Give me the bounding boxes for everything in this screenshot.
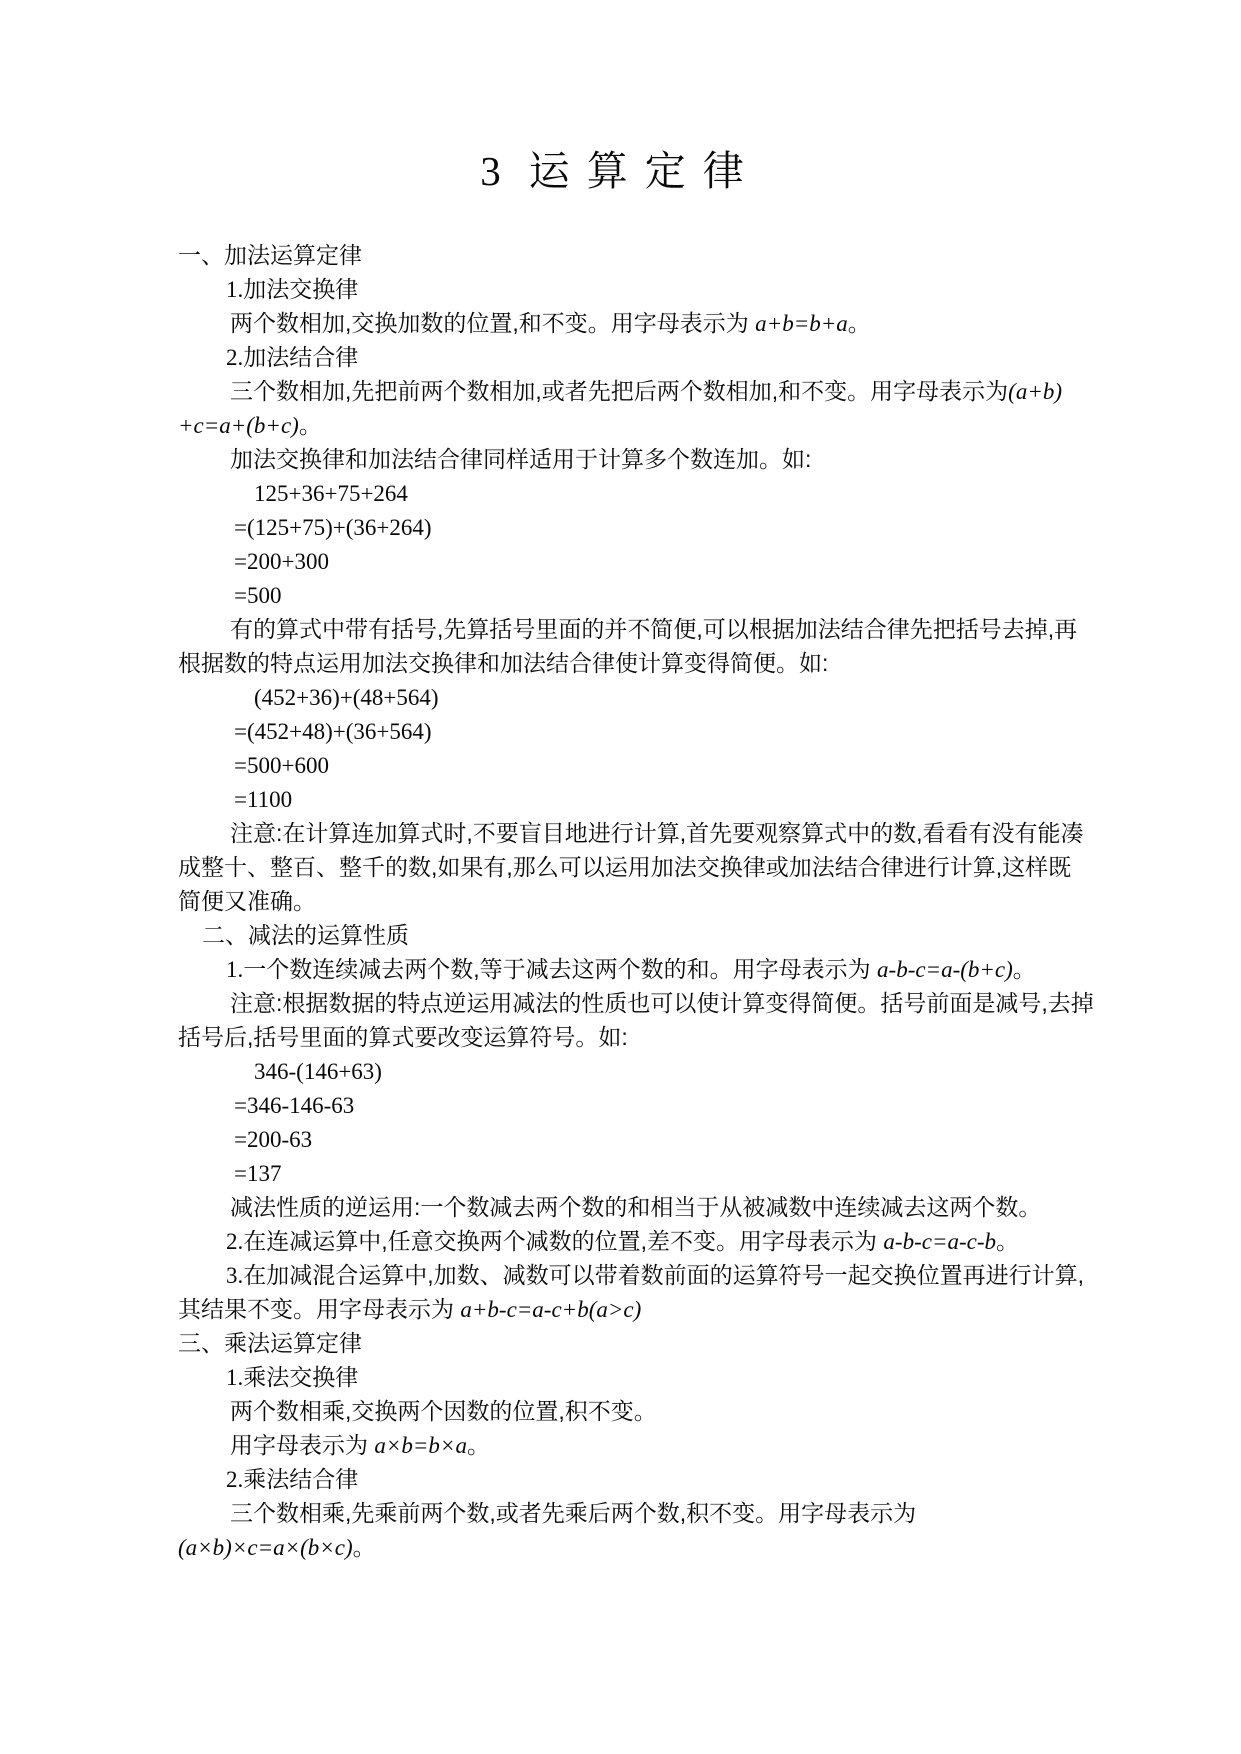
text-line: 125+36+75+264 (178, 476, 1108, 510)
math-segment: 2. (226, 1467, 243, 1492)
text-line: 二、减法的运算性质 (178, 918, 1108, 952)
text-segment: 减法性质的逆运用:一个数减去两个数的和相当于从被减数中连续减去这两个数。 (230, 1194, 1041, 1220)
text-segment: 乘法结合律 (243, 1466, 358, 1492)
text-line: =1100 (178, 782, 1108, 816)
text-line: (a×b)×c=a×(b×c)。 (178, 1530, 1108, 1564)
text-segment: 乘法交换律 (243, 1364, 358, 1390)
math-segment: (a×b)×c=a×(b×c) (178, 1535, 353, 1560)
text-segment: 注意:在计算连加算式时,不要盲目地进行计算,首先要观察算式中的数,看看有没有能凑 (230, 820, 1084, 846)
text-segment: 用字母表示为 (230, 1432, 374, 1458)
text-line: 其结果不变。用字母表示为 a+b-c=a-c+b(a>c) (178, 1292, 1108, 1326)
text-line: 两个数相加,交换加数的位置,和不变。用字母表示为 a+b=b+a。 (178, 306, 1108, 340)
text-line: 一、加法运算定律 (178, 238, 1108, 272)
math-segment: a-b-c=a-c-b (883, 1229, 996, 1254)
text-segment: 三、乘法运算定律 (178, 1330, 362, 1356)
math-segment: 346-(146+63) (254, 1059, 382, 1084)
text-segment: 一、加法运算定律 (178, 242, 362, 268)
text-line: 三、乘法运算定律 (178, 1326, 1108, 1360)
math-segment: a×b=b×a (374, 1433, 467, 1458)
title-text: 运算定律 (529, 148, 761, 194)
math-segment: 1. (226, 1365, 243, 1390)
text-segment: 其结果不变。用字母表示为 (178, 1296, 460, 1322)
text-line: 根据数的特点运用加法交换律和加法结合律使计算变得简便。如: (178, 646, 1108, 680)
text-segment: 加法交换律和加法结合律同样适用于计算多个数连加。如: (230, 446, 811, 472)
text-segment: 有的算式中带有括号,先算括号里面的并不简便,可以根据加法结合律先把括号去掉,再 (230, 616, 1077, 642)
text-segment: 括号后,括号里面的算式要改变运算符号。如: (178, 1024, 628, 1050)
text-segment: 三个数相加,先把前两个数相加,或者先把后两个数相加,和不变。用字母表示为 (230, 378, 1008, 404)
text-line: =(452+48)+(36+564) (178, 714, 1108, 748)
text-segment: 。 (996, 1228, 1019, 1254)
text-segment: 两个数相乘,交换两个因数的位置,积不变。 (230, 1398, 657, 1424)
text-line: 有的算式中带有括号,先算括号里面的并不简便,可以根据加法结合律先把括号去掉,再 (178, 612, 1108, 646)
text-line: (452+36)+(48+564) (178, 680, 1108, 714)
math-segment: =200-63 (234, 1127, 312, 1152)
math-segment: =137 (234, 1161, 281, 1186)
text-segment: 注意:根据数据的特点逆运用减法的性质也可以使计算变得简便。括号前面是减号,去掉 (230, 990, 1094, 1016)
title-number: 3 (480, 148, 501, 194)
text-line: =(125+75)+(36+264) (178, 510, 1108, 544)
text-line: 加法交换律和加法结合律同样适用于计算多个数连加。如: (178, 442, 1108, 476)
text-line: =137 (178, 1156, 1108, 1190)
text-line: =200-63 (178, 1122, 1108, 1156)
text-segment: 在加减混合运算中,加数、减数可以带着数前面的运算符号一起交换位置再进行计算, (243, 1262, 1084, 1288)
text-line: 简便又准确。 (178, 884, 1108, 918)
page-title: 3运算定律 (0, 138, 1241, 197)
text-line: 2.在连减运算中,任意交换两个减数的位置,差不变。用字母表示为 a-b-c=a-… (178, 1224, 1108, 1258)
text-line: =346-146-63 (178, 1088, 1108, 1122)
math-segment: =200+300 (234, 549, 329, 574)
text-segment: 成整十、整百、整千的数,如果有,那么可以运用加法交换律或加法结合律进行计算,这样… (178, 854, 1071, 880)
math-segment: a+b-c=a-c+b(a>c) (460, 1297, 641, 1322)
text-segment: 加法交换律 (243, 276, 358, 302)
text-segment: 两个数相加,交换加数的位置,和不变。用字母表示为 (230, 310, 755, 336)
text-line: 减法性质的逆运用:一个数减去两个数的和相当于从被减数中连续减去这两个数。 (178, 1190, 1108, 1224)
math-segment: 125+36+75+264 (254, 481, 408, 506)
text-line: 两个数相乘,交换两个因数的位置,积不变。 (178, 1394, 1108, 1428)
text-line: +c=a+(b+c)。 (178, 408, 1108, 442)
math-segment: =346-146-63 (234, 1093, 354, 1118)
text-line: 括号后,括号里面的算式要改变运算符号。如: (178, 1020, 1108, 1054)
math-segment: 2. (226, 1229, 243, 1254)
text-segment: 二、减法的运算性质 (202, 922, 409, 948)
math-segment: a+b=b+a (755, 311, 848, 336)
text-line: =200+300 (178, 544, 1108, 578)
text-line: 用字母表示为 a×b=b×a。 (178, 1428, 1108, 1462)
text-segment: 简便又准确。 (178, 888, 316, 914)
text-line: 三个数相乘,先乘前两个数,或者先乘后两个数,积不变。用字母表示为 (178, 1496, 1108, 1530)
text-segment: 三个数相乘,先乘前两个数,或者先乘后两个数,积不变。用字母表示为 (230, 1500, 916, 1526)
math-segment: 2. (226, 345, 243, 370)
document-page: 3运算定律 一、加法运算定律1.加法交换律两个数相加,交换加数的位置,和不变。用… (0, 0, 1241, 1754)
math-segment: 1. (226, 277, 243, 302)
math-segment: =(125+75)+(36+264) (234, 515, 432, 540)
document-body: 一、加法运算定律1.加法交换律两个数相加,交换加数的位置,和不变。用字母表示为 … (178, 238, 1108, 1564)
math-segment: (a+b) (1008, 379, 1062, 404)
math-segment: +c=a+(b+c) (178, 413, 299, 438)
text-line: =500+600 (178, 748, 1108, 782)
text-line: =500 (178, 578, 1108, 612)
text-line: 3.在加减混合运算中,加数、减数可以带着数前面的运算符号一起交换位置再进行计算, (178, 1258, 1108, 1292)
math-segment: =(452+48)+(36+564) (234, 719, 432, 744)
text-line: 1.一个数连续减去两个数,等于减去这两个数的和。用字母表示为 a-b-c=a-(… (178, 952, 1108, 986)
text-line: 注意:在计算连加算式时,不要盲目地进行计算,首先要观察算式中的数,看看有没有能凑 (178, 816, 1108, 850)
text-segment: 一个数连续减去两个数,等于减去这两个数的和。用字母表示为 (243, 956, 877, 982)
text-segment: 。 (848, 310, 871, 336)
text-line: 2.乘法结合律 (178, 1462, 1108, 1496)
text-segment: 。 (299, 412, 322, 438)
math-segment: a-b-c=a-(b+c) (877, 957, 1013, 982)
math-segment: 1. (226, 957, 243, 982)
text-segment: 。 (1013, 956, 1036, 982)
text-line: 1.加法交换律 (178, 272, 1108, 306)
text-line: 1.乘法交换律 (178, 1360, 1108, 1394)
math-segment: 3. (226, 1263, 243, 1288)
text-line: 346-(146+63) (178, 1054, 1108, 1088)
text-segment: 在连减运算中,任意交换两个减数的位置,差不变。用字母表示为 (243, 1228, 883, 1254)
text-segment: 。 (353, 1534, 376, 1560)
math-segment: (452+36)+(48+564) (254, 685, 439, 710)
text-segment: 。 (467, 1432, 490, 1458)
text-line: 成整十、整百、整千的数,如果有,那么可以运用加法交换律或加法结合律进行计算,这样… (178, 850, 1108, 884)
text-line: 三个数相加,先把前两个数相加,或者先把后两个数相加,和不变。用字母表示为(a+b… (178, 374, 1108, 408)
math-segment: =1100 (234, 787, 292, 812)
text-segment: 加法结合律 (243, 344, 358, 370)
math-segment: =500+600 (234, 753, 329, 778)
text-line: 注意:根据数据的特点逆运用减法的性质也可以使计算变得简便。括号前面是减号,去掉 (178, 986, 1108, 1020)
text-line: 2.加法结合律 (178, 340, 1108, 374)
math-segment: =500 (234, 583, 281, 608)
text-segment: 根据数的特点运用加法交换律和加法结合律使计算变得简便。如: (178, 650, 828, 676)
